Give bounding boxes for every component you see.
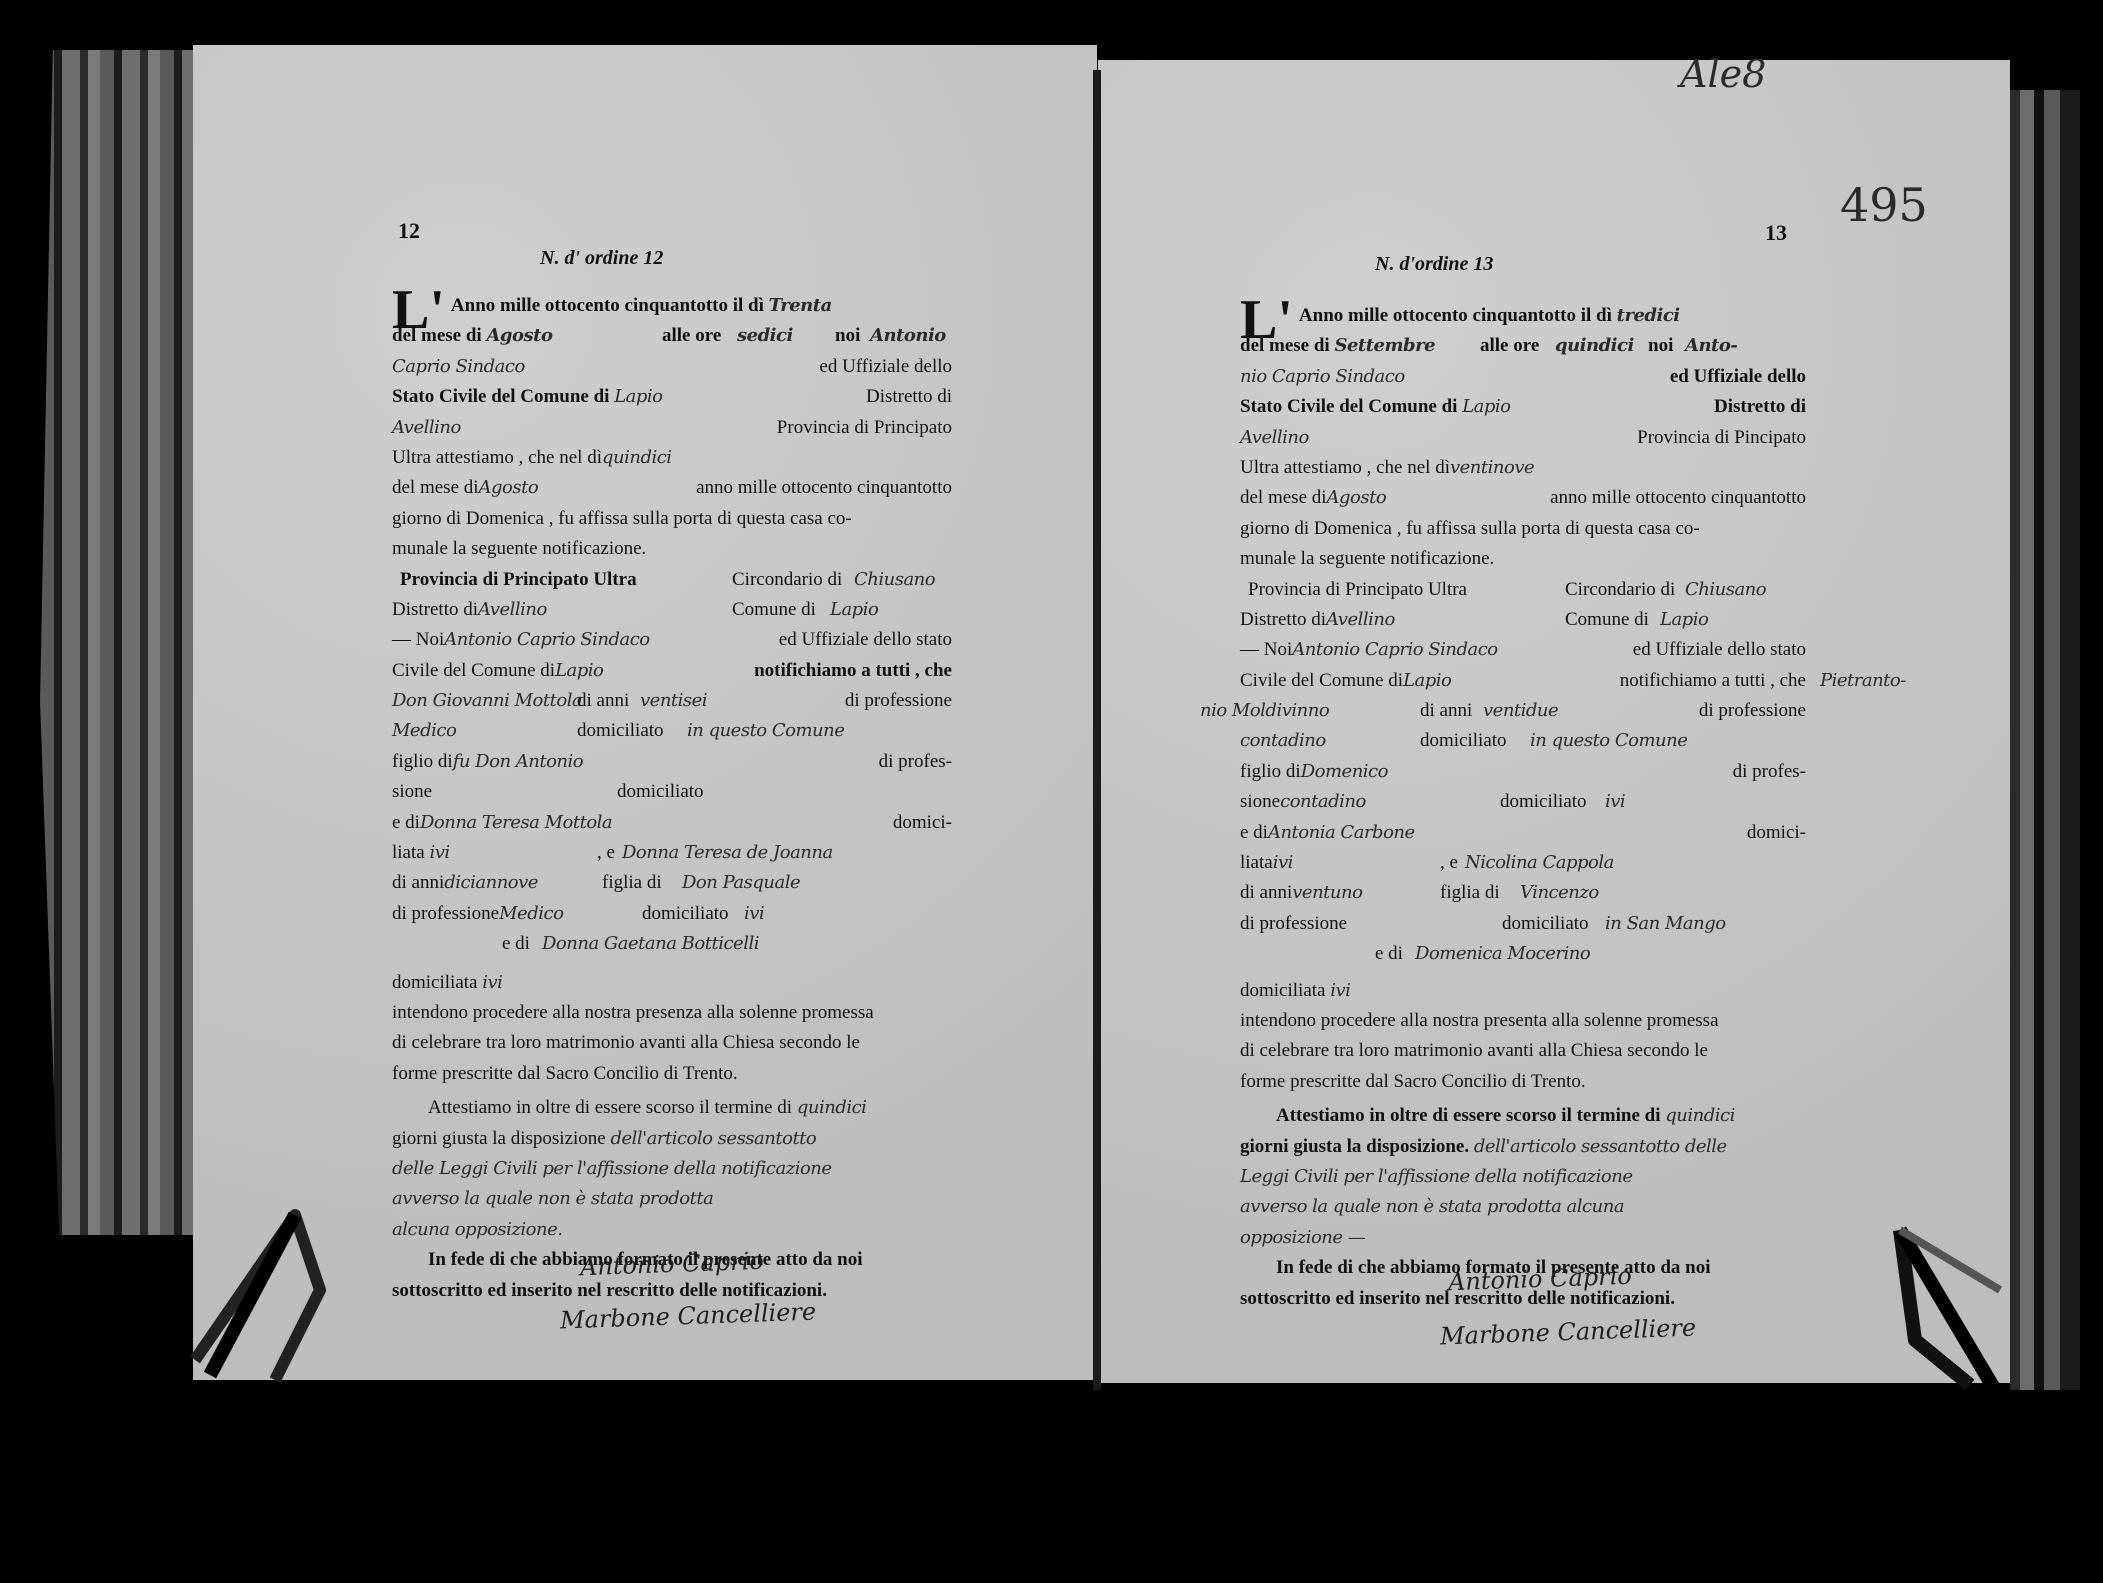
right-page-number: 13: [1765, 220, 1787, 246]
printed-text: e di: [502, 929, 530, 959]
handwritten-entry: Donna Teresa de Joanna: [622, 838, 833, 868]
printed-text: di profes-: [879, 747, 952, 777]
printed-text: Civile del Comune di: [1240, 670, 1403, 691]
handwritten-entry: Avellino: [392, 417, 461, 438]
ordine-label: N. d' ordine: [540, 247, 638, 269]
handwritten-entry: Lapio: [1403, 670, 1451, 691]
printed-text: Provincia di Principato Ultra: [1240, 579, 1467, 600]
handwritten-entry: nio Moldivinno: [1200, 700, 1329, 721]
handwritten-entry: Anto-: [1685, 331, 1737, 361]
printed-text: di anni: [392, 872, 444, 893]
left-page-number: 12: [398, 218, 420, 244]
handwritten-entry: avverso la quale non è stata prodotta al…: [1240, 1192, 1806, 1222]
printed-text: sottoscritto ed inserito nel rescritto d…: [392, 1276, 952, 1306]
handwritten-entry: ivi: [744, 899, 764, 929]
printed-text: Provincia di Principato: [777, 413, 952, 443]
printed-text: Distretto di: [392, 599, 478, 620]
printed-text: alle ore: [662, 321, 721, 351]
printed-text: Distretto di: [1714, 392, 1806, 422]
printed-text: domici-: [1747, 818, 1806, 848]
handwritten-entry: Lapio: [1660, 605, 1708, 635]
printed-text: figlio di: [392, 751, 453, 772]
right-page-stack-edges: [2010, 90, 2080, 1390]
printed-text: Anno mille ottocento cinquantotto il dì: [1299, 305, 1612, 326]
margin-note-top: Ale8: [1680, 52, 1766, 96]
handwritten-entry: dell'articolo sessantotto delle: [1474, 1136, 1727, 1157]
handwritten-entry: Agosto: [486, 325, 552, 346]
handwritten-entry: ventidue: [1483, 696, 1558, 726]
handwritten-entry: in San Mango: [1605, 909, 1726, 939]
handwritten-entry: quindici: [1555, 331, 1634, 361]
handwritten-entry: Leggi Civili per l'affissione della noti…: [1240, 1162, 1806, 1192]
printed-text: , e: [597, 838, 615, 868]
printed-text: noi: [835, 321, 860, 351]
printed-text: alle ore: [1480, 331, 1539, 361]
printed-text: ed Uffiziale dello: [1670, 362, 1806, 392]
printed-text: giorno di Domenica , fu affissa sulla po…: [1240, 518, 1700, 539]
printed-text: anno mille ottocento cinquantotto: [696, 473, 952, 503]
printed-text: di anni: [577, 686, 629, 716]
handwritten-entry: Antonio Caprio Sindaco: [444, 629, 649, 650]
printed-text: sione: [392, 781, 432, 802]
printed-text: giorno di Domenica , fu affissa sulla po…: [392, 508, 852, 529]
printed-text: ed Uffiziale dello: [819, 352, 952, 382]
handwritten-entry: Antonio: [870, 321, 946, 351]
printed-text: del mese di: [1240, 487, 1327, 508]
printed-text: Ultra attestiamo , che nel dì: [392, 447, 602, 468]
printed-text: del mese di: [392, 477, 479, 498]
ordine-number: 13: [1473, 253, 1493, 275]
right-ordine-heading: N. d'ordine 13: [1375, 253, 1493, 276]
printed-text: di anni: [1240, 882, 1292, 903]
handwritten-entry: Antonio Caprio Sindaco: [1292, 639, 1497, 660]
printed-text: domiciliato: [617, 777, 704, 807]
handwritten-entry: Donna Teresa Mottola: [420, 812, 612, 833]
printed-text: notifichiamo a tutti , che: [1620, 666, 1806, 696]
printed-text: Provincia di Principato Ultra: [392, 569, 637, 590]
printed-text: giorni giusta la disposizione: [392, 1128, 606, 1149]
printed-text: domiciliato: [642, 899, 729, 929]
left-page-stack-edges: [40, 50, 200, 1235]
printed-text: Comune di: [732, 595, 816, 625]
handwritten-entry: Vincenzo: [1520, 878, 1599, 908]
printed-text: notifichiamo a tutti , che: [754, 656, 952, 686]
handwritten-entry: ivi: [1273, 852, 1293, 873]
ordine-number: 12: [643, 247, 663, 269]
handwritten-entry: Trenta: [769, 295, 832, 316]
printed-text: Provincia di Pincipato: [1637, 423, 1806, 453]
right-record-body: L' Anno mille ottocento cinquantotto il …: [1240, 293, 1806, 1314]
printed-text: domiciliata: [1240, 980, 1325, 1001]
printed-text: forme prescritte dal Sacro Concilio di T…: [1240, 1067, 1806, 1097]
printed-text: domiciliato: [1502, 909, 1589, 939]
handwritten-entry: Lapio: [555, 660, 603, 681]
printed-text: , e: [1440, 848, 1458, 878]
handwritten-entry: Lapio: [614, 386, 662, 407]
printed-text: figlia di: [602, 868, 662, 898]
left-page-clip-ribbon: [180, 1200, 340, 1400]
printed-text: Stato Civile del Comune di: [392, 386, 609, 407]
printed-text: domiciliato: [1420, 726, 1507, 756]
printed-text: Comune di: [1565, 605, 1649, 635]
printed-text: anno mille ottocento cinquantotto: [1550, 483, 1806, 513]
printed-text: e di: [1240, 822, 1268, 843]
printed-text: Civile del Comune di: [392, 660, 555, 681]
handwritten-entry: dell'articolo sessantotto: [610, 1128, 816, 1149]
handwritten-entry: Chiusano: [854, 565, 935, 595]
handwritten-entry: Domenica Mocerino: [1415, 939, 1590, 969]
handwritten-entry: ivi: [429, 842, 449, 863]
handwritten-entry: Avellino: [1326, 609, 1395, 630]
printed-text: forme prescritte dal Sacro Concilio di T…: [392, 1059, 952, 1089]
handwritten-entry: Lapio: [1462, 396, 1510, 417]
printed-text: ed Uffiziale dello stato: [1633, 635, 1806, 665]
printed-text: sione: [1240, 791, 1280, 812]
printed-text: — Noi: [1240, 639, 1292, 660]
handwritten-entry: Antonia Carbone: [1268, 822, 1415, 843]
printed-text: intendono procedere alla nostra presenza…: [392, 998, 952, 1028]
handwritten-entry: tredici: [1617, 305, 1680, 326]
printed-text: Distretto di: [1240, 609, 1326, 630]
printed-text: Stato Civile del Comune di: [1240, 396, 1457, 417]
handwritten-entry: quindici: [1665, 1105, 1735, 1126]
printed-text: di profes-: [1733, 757, 1806, 787]
printed-text: Attestiamo in oltre di essere scorso il …: [428, 1097, 792, 1118]
printed-text: di anni: [1420, 696, 1472, 726]
handwritten-entry: ventisei: [640, 686, 707, 716]
printed-text: di professione: [1699, 696, 1806, 726]
handwritten-entry: Caprio Sindaco: [392, 356, 525, 377]
handwritten-entry: contadino: [1240, 730, 1326, 751]
handwritten-entry: ventuno: [1292, 882, 1362, 903]
printed-text: Attestiamo in oltre di essere scorso il …: [1276, 1105, 1661, 1126]
printed-text: Ultra attestiamo , che nel dì: [1240, 457, 1450, 478]
handwritten-entry: Medico: [392, 720, 456, 741]
printed-text: figlia di: [1440, 878, 1500, 908]
handwritten-entry: ivi: [482, 972, 502, 993]
printed-text: di celebrare tra loro matrimonio avanti …: [1240, 1036, 1806, 1066]
printed-text: del mese di: [392, 325, 482, 346]
printed-text: liata: [1240, 852, 1273, 873]
right-page-clip-ribbon: [1880, 1220, 2020, 1400]
left-record-body: L' Anno mille ottocento cinquantotto il …: [392, 283, 952, 1306]
handwritten-entry: Donna Gaetana Botticelli: [542, 929, 759, 959]
printed-text: munale la seguente notificazione.: [392, 538, 646, 559]
printed-text: liata: [392, 842, 425, 863]
printed-text: Anno mille ottocento cinquantotto il dì: [451, 295, 764, 316]
left-ordine-heading: N. d' ordine 12: [540, 247, 663, 270]
handwritten-entry: Chiusano: [1685, 575, 1766, 605]
handwritten-entry: Agosto: [479, 477, 539, 498]
printed-text: — Noi: [392, 629, 444, 650]
handwritten-entry: Don Pasquale: [682, 868, 800, 898]
handwritten-entry: alcuna opposizione.: [392, 1215, 952, 1245]
handwritten-entry: Settembre: [1334, 335, 1435, 356]
printed-text: domici-: [893, 808, 952, 838]
handwritten-entry: Avellino: [478, 599, 547, 620]
printed-text: noi: [1648, 331, 1673, 361]
handwritten-entry: nio Caprio Sindaco: [1240, 366, 1405, 387]
handwritten-entry: in questo Comune: [687, 716, 844, 746]
printed-text: munale la seguente notificazione.: [1240, 548, 1494, 569]
printed-text: di professione: [392, 903, 499, 924]
folio-number: 495: [1840, 178, 1928, 232]
printed-text: intendono procedere alla nostra presenta…: [1240, 1006, 1806, 1036]
printed-text: giorni giusta la disposizione.: [1240, 1136, 1469, 1157]
handwritten-entry: in questo Comune: [1530, 726, 1687, 756]
handwritten-entry: quindici: [797, 1097, 867, 1118]
printed-text: domiciliato: [1500, 787, 1587, 817]
printed-text: Circondario di: [1565, 575, 1675, 605]
handwritten-entry: fu Don Antonio: [453, 751, 583, 772]
handwritten-entry: delle Leggi Civili per l'affissione dell…: [392, 1154, 952, 1184]
handwritten-entry: sedici: [737, 321, 793, 351]
handwritten-entry: Agosto: [1327, 487, 1387, 508]
printed-text: Distretto di: [866, 382, 952, 412]
printed-text: del mese di: [1240, 335, 1330, 356]
handwritten-entry: contadino: [1280, 791, 1366, 812]
handwritten-entry: Domenico: [1301, 761, 1388, 782]
handwritten-entry: ventinove: [1450, 457, 1534, 478]
printed-text: Circondario di: [732, 565, 842, 595]
handwritten-entry: Pietranto-: [1820, 666, 1906, 696]
handwritten-entry: diciannove: [444, 872, 538, 893]
printed-text: di professione: [1240, 913, 1347, 934]
handwritten-entry: Nicolina Cappola: [1465, 848, 1614, 878]
printed-text: domiciliato: [577, 716, 664, 746]
handwritten-entry: Don Giovanni Mottola: [392, 690, 582, 711]
handwritten-entry: Lapio: [830, 595, 878, 625]
handwritten-entry: avverso la quale non è stata prodotta: [392, 1184, 952, 1214]
handwritten-entry: ivi: [1605, 787, 1625, 817]
ordine-label: N. d'ordine: [1375, 253, 1468, 275]
handwritten-entry: ivi: [1330, 980, 1350, 1001]
printed-text: e di: [392, 812, 420, 833]
printed-text: e di: [1375, 939, 1403, 969]
handwritten-entry: Medico: [499, 903, 563, 924]
printed-text: di professione: [845, 686, 952, 716]
handwritten-entry: opposizione —: [1240, 1223, 1806, 1253]
printed-text: figlio di: [1240, 761, 1301, 782]
printed-text: di celebrare tra loro matrimonio avanti …: [392, 1028, 952, 1058]
handwritten-entry: Avellino: [1240, 427, 1309, 448]
book-gutter: [1093, 70, 1101, 1390]
handwritten-entry: quindici: [602, 447, 672, 468]
printed-text: domiciliata: [392, 972, 477, 993]
printed-text: ed Uffiziale dello stato: [779, 625, 952, 655]
